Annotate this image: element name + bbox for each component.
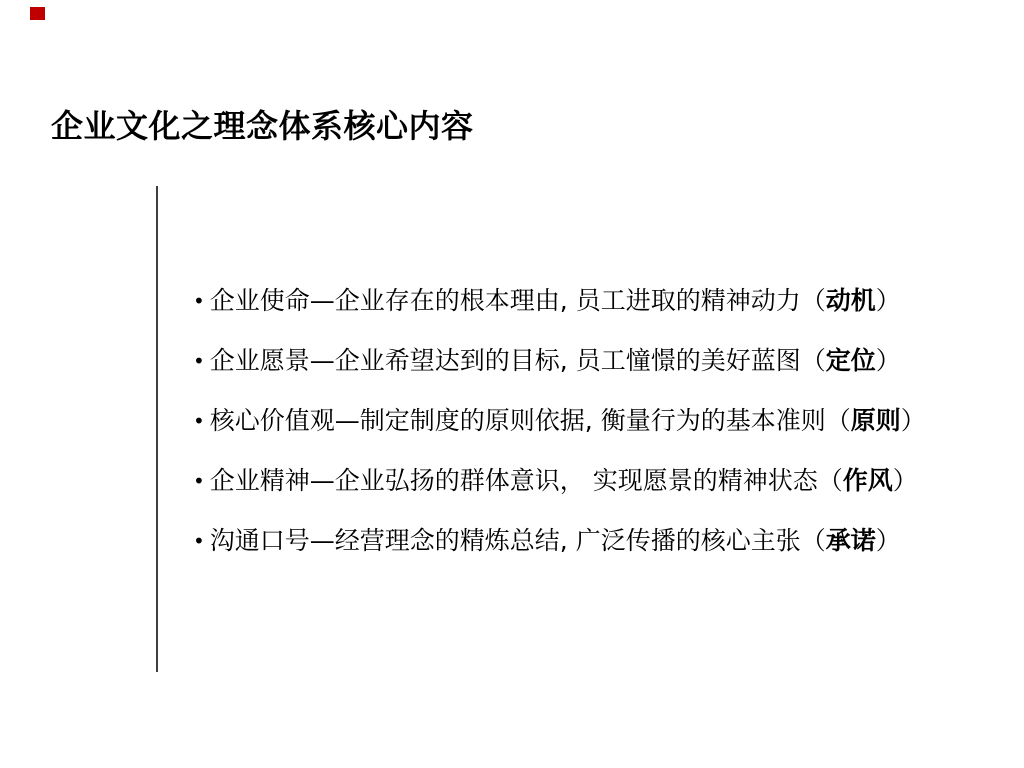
bullet-item-spirit: • 企业精神—企业弘扬的群体意识， 实现愿景的精神状态（ 作风 ） xyxy=(193,450,926,510)
vertical-divider-line xyxy=(156,186,158,672)
bullet-emphasis: 原则 xyxy=(851,408,901,433)
red-square-decoration xyxy=(30,7,45,20)
bullet-emphasis: 定位 xyxy=(826,348,876,373)
bullet-emphasis: 承诺 xyxy=(826,528,876,553)
bullet-item-slogan: • 沟通口号—经营理念的精炼总结, 广泛传播的核心主张（ 承诺 ） xyxy=(193,510,926,570)
bullet-paren-close: ） xyxy=(876,528,901,553)
bullet-paren-close: ） xyxy=(876,348,901,373)
bullet-text: 企业使命—企业存在的根本理由, 员工进取的精神动力（ xyxy=(210,288,826,313)
bullet-paren-close: ） xyxy=(893,468,918,493)
bullet-emphasis: 动机 xyxy=(826,288,876,313)
bullet-item-vision: • 企业愿景—企业希望达到的目标, 员工憧憬的美好蓝图（ 定位 ） xyxy=(193,330,926,390)
bullet-paren-close: ） xyxy=(901,408,926,433)
bullet-text: 企业愿景—企业希望达到的目标, 员工憧憬的美好蓝图（ xyxy=(210,348,826,373)
bullet-item-core-values: • 核心价值观—制定制度的原则依据, 衡量行为的基本准则（ 原则 ） xyxy=(193,390,926,450)
bullet-dot-icon: • xyxy=(193,411,205,431)
bullet-list: • 企业使命—企业存在的根本理由, 员工进取的精神动力（ 动机 ） • 企业愿景… xyxy=(193,270,926,570)
bullet-dot-icon: • xyxy=(193,471,205,491)
bullet-dot-icon: • xyxy=(193,351,205,371)
bullet-item-mission: • 企业使命—企业存在的根本理由, 员工进取的精神动力（ 动机 ） xyxy=(193,270,926,330)
bullet-dot-icon: • xyxy=(193,291,205,311)
slide-title: 企业文化之理念体系核心内容 xyxy=(51,101,474,147)
bullet-text: 企业精神—企业弘扬的群体意识， 实现愿景的精神状态（ xyxy=(210,468,843,493)
bullet-text: 沟通口号—经营理念的精炼总结, 广泛传播的核心主张（ xyxy=(210,528,826,553)
bullet-paren-close: ） xyxy=(876,288,901,313)
bullet-dot-icon: • xyxy=(193,531,205,551)
bullet-emphasis: 作风 xyxy=(843,468,893,493)
bullet-text: 核心价值观—制定制度的原则依据, 衡量行为的基本准则（ xyxy=(210,408,851,433)
